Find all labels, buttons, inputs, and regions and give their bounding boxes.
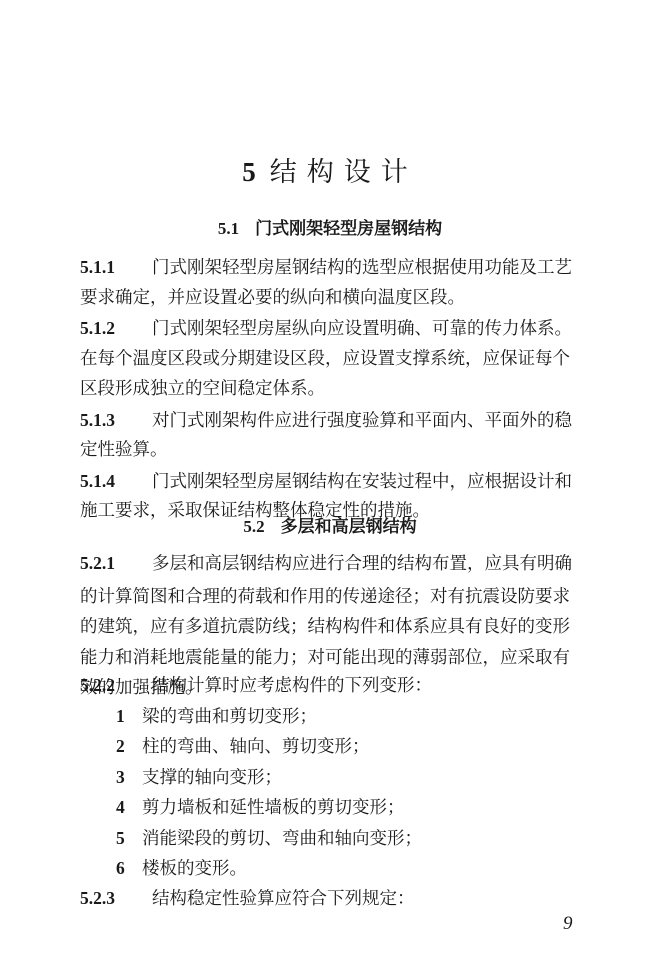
- clause-text: 结构计算时应考虑构件的下列变形：: [152, 676, 432, 696]
- chapter-number: 5: [242, 157, 256, 187]
- clause-number: 5.1.3: [80, 408, 152, 432]
- list-item: 3支撑的轴向变形；: [116, 765, 636, 790]
- page-number: 9: [563, 913, 573, 935]
- clause-5-2-2: 5.2.2结构计算时应考虑构件的下列变形：: [80, 673, 600, 698]
- item-text: 柱的弯曲、轴向、剪切变形；: [142, 737, 370, 757]
- list-item: 2柱的弯曲、轴向、剪切变形；: [116, 734, 636, 759]
- clause-text-line: 要求确定，并应设置必要的纵向和横向温度区段。: [80, 286, 600, 310]
- section-number: 5.1: [218, 219, 239, 238]
- clause-number: 5.2.3: [80, 886, 152, 910]
- clause-5-1-2: 5.1.2门式刚架轻型房屋纵向应设置明确、可靠的传力体系。: [80, 316, 600, 341]
- list-item: 4剪力墙板和延性墙板的剪切变形；: [116, 795, 636, 820]
- section-number: 5.2: [243, 517, 264, 536]
- clause-5-2-1: 5.2.1多层和高层钢结构应进行合理的结构布置，应具有明确: [80, 551, 600, 576]
- item-number: 1: [116, 704, 142, 728]
- clause-text-line: 的计算简图和合理的荷载和作用的传递途径；对有抗震设防要求: [80, 585, 600, 609]
- clause-text: 对门式刚架构件应进行强度验算和平面内、平面外的稳: [152, 411, 572, 431]
- clause-number: 5.1.1: [80, 255, 152, 279]
- list-item: 1梁的弯曲和剪切变形；: [116, 704, 636, 729]
- clause-5-1-4: 5.1.4门式刚架轻型房屋钢结构在安装过程中，应根据设计和: [80, 469, 600, 494]
- clause-text: 门式刚架轻型房屋钢结构在安装过程中，应根据设计和: [152, 472, 572, 492]
- item-number: 6: [116, 856, 142, 880]
- item-number: 2: [116, 734, 142, 758]
- section-title-text: 多层和高层钢结构: [281, 517, 417, 537]
- chapter-title: 5结构设计: [0, 150, 660, 189]
- item-number: 5: [116, 826, 142, 850]
- clause-number: 5.2.1: [80, 551, 152, 575]
- section-title-text: 门式刚架轻型房屋钢结构: [255, 219, 442, 239]
- clause-text-line: 在每个温度区段或分期建设区段，应设置支撑系统，应保证每个: [80, 347, 600, 371]
- clause-text: 结构稳定性验算应符合下列规定：: [152, 889, 415, 909]
- clause-number: 5.1.2: [80, 316, 152, 340]
- clause-5-1-1: 5.1.1门式刚架轻型房屋钢结构的选型应根据使用功能及工艺: [80, 255, 600, 280]
- clause-text-line: 区段形成独立的空间稳定体系。: [80, 377, 600, 401]
- item-text: 梁的弯曲和剪切变形；: [142, 707, 317, 727]
- clause-text-line: 定性验算。: [80, 438, 600, 462]
- item-text: 消能梁段的剪切、弯曲和轴向变形；: [142, 829, 422, 849]
- clause-text: 多层和高层钢结构应进行合理的结构布置，应具有明确: [152, 554, 572, 574]
- clause-text: 门式刚架轻型房屋钢结构的选型应根据使用功能及工艺: [152, 258, 572, 278]
- item-text: 楼板的变形。: [142, 859, 247, 879]
- chapter-title-text: 结构设计: [270, 157, 418, 188]
- clause-5-1-3: 5.1.3对门式刚架构件应进行强度验算和平面内、平面外的稳: [80, 408, 600, 433]
- list-item: 5消能梁段的剪切、弯曲和轴向变形；: [116, 826, 636, 851]
- clause-number: 5.2.2: [80, 673, 152, 697]
- clause-number: 5.1.4: [80, 469, 152, 493]
- list-item: 6楼板的变形。: [116, 856, 636, 881]
- clause-5-2-3: 5.2.3结构稳定性验算应符合下列规定：: [80, 886, 600, 911]
- document-page: 5结构设计 5.1门式刚架轻型房屋钢结构 5.1.1门式刚架轻型房屋钢结构的选型…: [0, 0, 660, 969]
- item-number: 4: [116, 795, 142, 819]
- item-text: 剪力墙板和延性墙板的剪切变形；: [142, 798, 405, 818]
- section-title-5-2-label: 5.2多层和高层钢结构: [0, 512, 660, 537]
- clause-text-line: 的建筑，应有多道抗震防线；结构构件和体系应具有良好的变形: [80, 615, 600, 639]
- item-text: 支撑的轴向变形；: [142, 768, 282, 788]
- section-title-5-1: 5.1门式刚架轻型房屋钢结构: [0, 214, 660, 239]
- item-number: 3: [116, 765, 142, 789]
- clause-text: 门式刚架轻型房屋纵向应设置明确、可靠的传力体系。: [152, 319, 572, 339]
- clause-text-line: 能力和消耗地震能量的能力；对可能出现的薄弱部位，应采取有: [80, 646, 600, 670]
